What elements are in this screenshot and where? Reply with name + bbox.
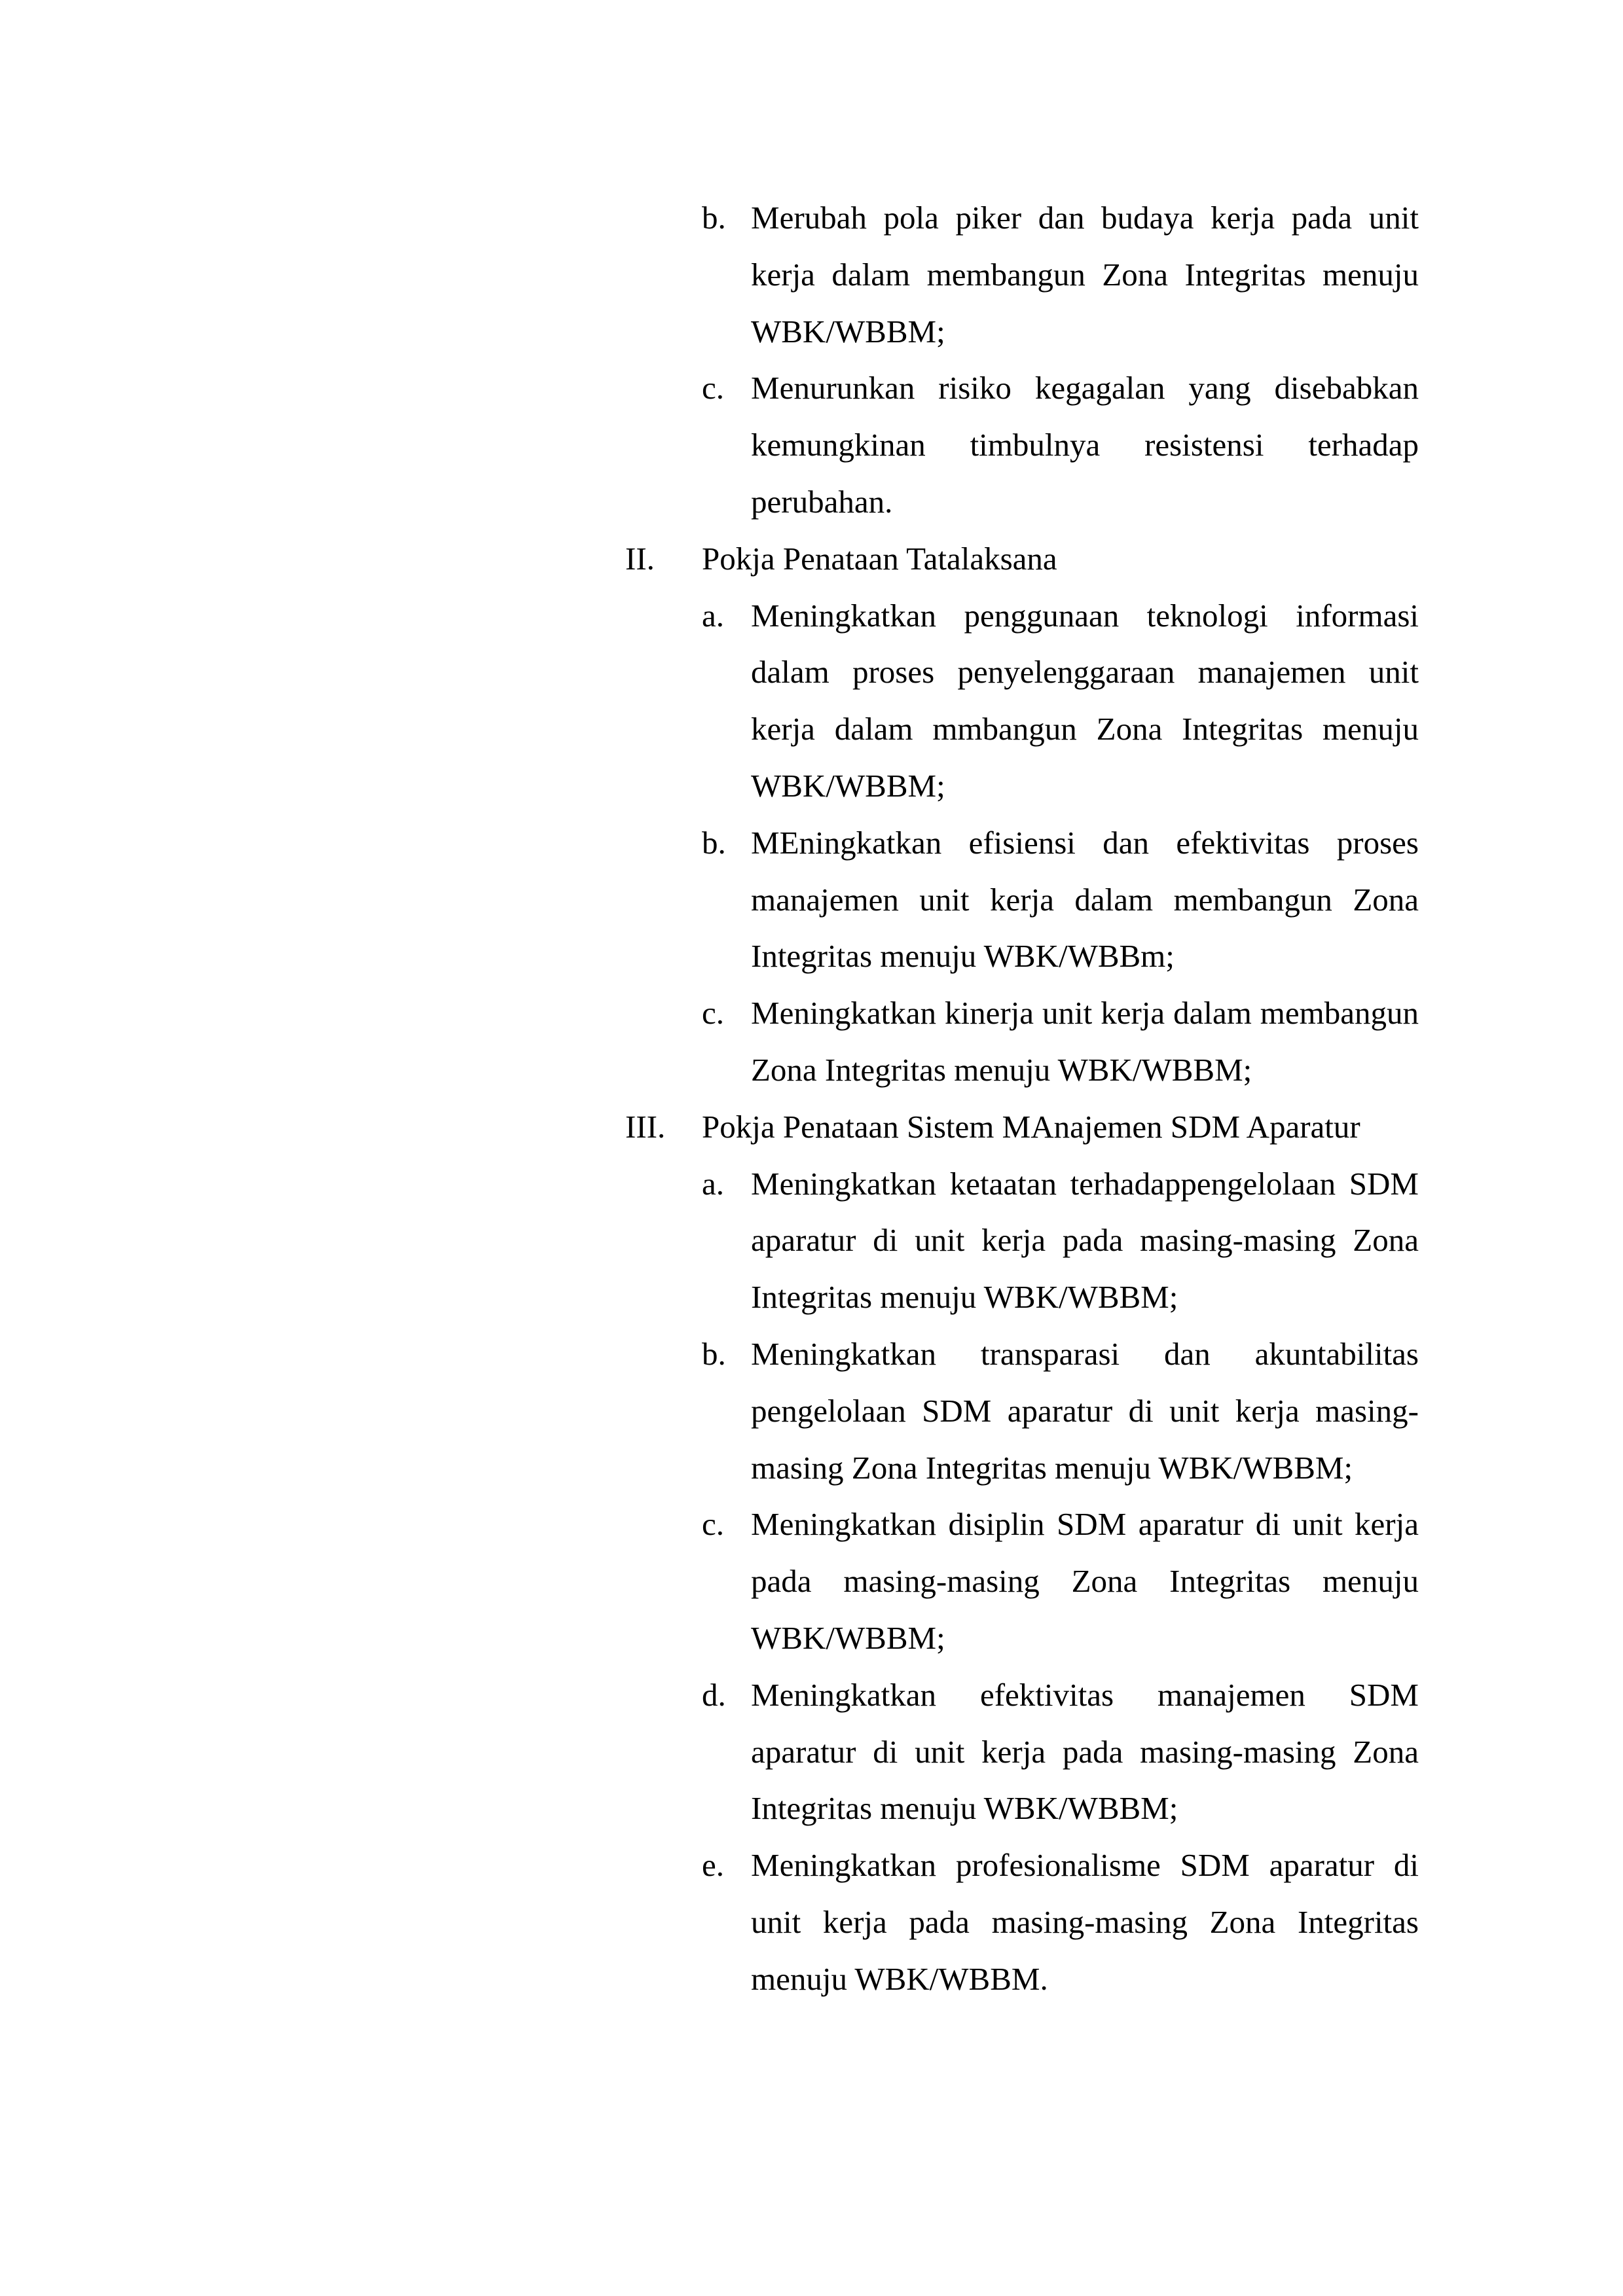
item-letter: a. — [702, 588, 724, 645]
document-page: b. Merubah pola piker dan budaya kerja p… — [0, 0, 1623, 2296]
item-letter: b. — [702, 815, 726, 872]
item-letter: b. — [702, 1326, 726, 1383]
item-text: Meningkatkan profesionalisme SDM aparatu… — [751, 1847, 1419, 1997]
list-item: b. Meningkatkan transparasi dan akuntabi… — [625, 1326, 1419, 1496]
item-text: Meningkatkan ketaatan terhadappengelolaa… — [751, 1166, 1419, 1316]
list-item: c. Menurunkan risiko kegagalan yang dise… — [625, 360, 1419, 530]
item-text: Merubah pola piker dan budaya kerja pada… — [751, 200, 1419, 350]
item-text: Meningkatkan transparasi dan akuntabilit… — [751, 1336, 1419, 1486]
list-item: a. Meningkatkan ketaatan terhadappengelo… — [625, 1156, 1419, 1326]
section-sdm-aparatur: III. Pokja Penataan Sistem MAnajemen SDM… — [625, 1099, 1419, 2008]
item-text: Meningkatkan penggunaan teknologi inform… — [751, 598, 1419, 804]
list-item: c. Meningkatkan disiplin SDM aparatur di… — [625, 1496, 1419, 1666]
item-letter: c. — [702, 360, 724, 417]
section-title: Pokja Penataan Sistem MAnajemen SDM Apar… — [702, 1109, 1360, 1145]
section-title: Pokja Penataan Tatalaksana — [702, 541, 1057, 577]
section-numeral: II. — [625, 531, 655, 588]
item-text: Meningkatkan efektivitas manajemen SDM a… — [751, 1677, 1419, 1827]
item-text: Meningkatkan disiplin SDM aparatur di un… — [751, 1506, 1419, 1656]
item-text: Meningkatkan kinerja unit kerja dalam me… — [751, 995, 1419, 1088]
list-item: d. Meningkatkan efektivitas manajemen SD… — [625, 1667, 1419, 1837]
list-item: b. Merubah pola piker dan budaya kerja p… — [625, 190, 1419, 360]
item-text: MEningkatkan efisiensi dan efektivitas p… — [751, 825, 1419, 975]
item-letter: d. — [702, 1667, 726, 1724]
continued-list: b. Merubah pola piker dan budaya kerja p… — [625, 190, 1419, 531]
item-text: Menurunkan risiko kegagalan yang disebab… — [751, 370, 1419, 520]
section-heading: III. Pokja Penataan Sistem MAnajemen SDM… — [625, 1099, 1419, 1156]
item-letter: a. — [702, 1156, 724, 1213]
list-item: a. Meningkatkan penggunaan teknologi inf… — [625, 588, 1419, 815]
item-letter: c. — [702, 1496, 724, 1553]
section-numeral: III. — [625, 1099, 665, 1156]
list-item: c. Meningkatkan kinerja unit kerja dalam… — [625, 985, 1419, 1099]
list-item: e. Meningkatkan profesionalisme SDM apar… — [625, 1837, 1419, 2007]
section-tatalaksana: II. Pokja Penataan Tatalaksana a. Mening… — [625, 531, 1419, 1099]
section-heading: II. Pokja Penataan Tatalaksana — [625, 531, 1419, 588]
document-content: b. Merubah pola piker dan budaya kerja p… — [625, 190, 1419, 2008]
item-letter: c. — [702, 985, 724, 1042]
list-item: b. MEningkatkan efisiensi dan efektivita… — [625, 815, 1419, 985]
item-letter: e. — [702, 1837, 724, 1894]
item-letter: b. — [702, 190, 726, 247]
